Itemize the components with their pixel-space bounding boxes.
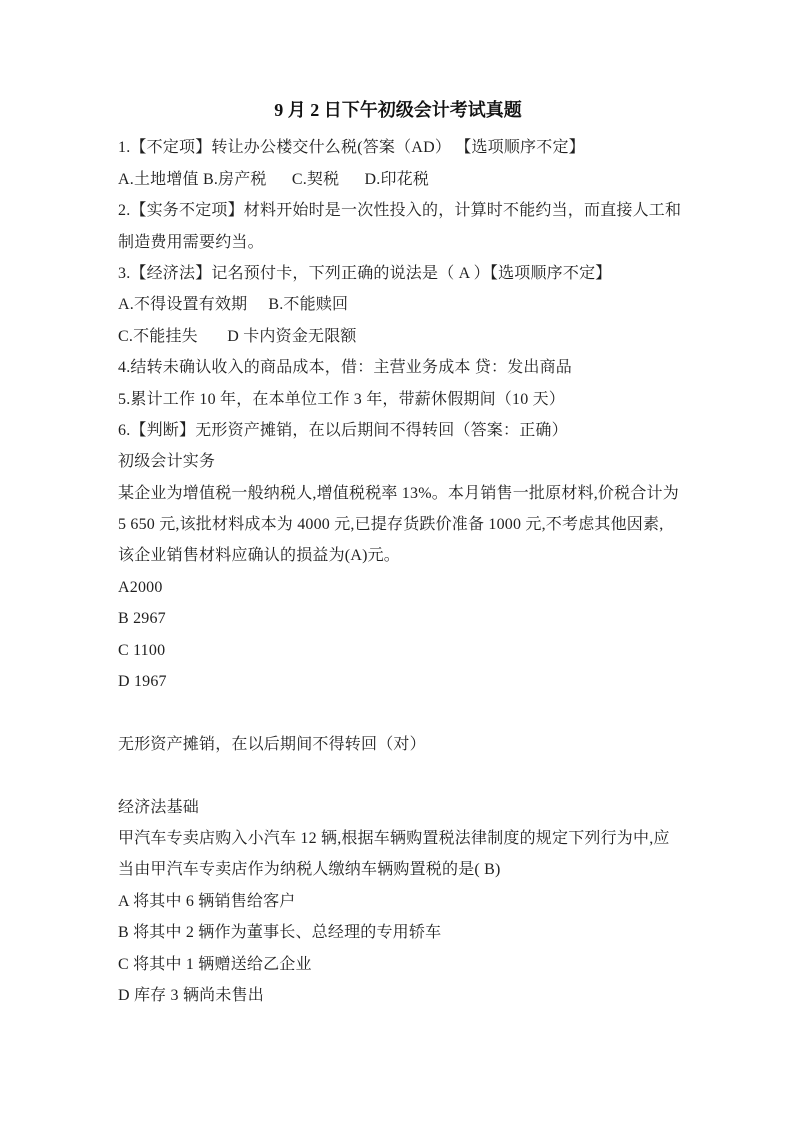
document-page: 9 月 2 日下午初级会计考试真题 1.【不定项】转让办公楼交什么税(答案（AD…	[0, 0, 793, 1122]
page-title: 9 月 2 日下午初级会计考试真题	[118, 95, 678, 126]
question-line: 甲汽车专卖店购入小汽车 12 辆,根据车辆购置税法律制度的规定下列行为中,应	[118, 823, 678, 854]
question-line-continued: 当由甲汽车专卖店作为纳税人缴纳车辆购置税的是( B)	[118, 854, 678, 885]
option-line: B 2967	[118, 603, 678, 634]
option-line: A 将其中 6 辆销售给客户	[118, 886, 678, 917]
question-line-continued: 5 650 元,该批材料成本为 4000 元,已提存货跌价准备 1000 元,不…	[118, 509, 678, 540]
option-line: D 1967	[118, 666, 678, 697]
section-heading: 初级会计实务	[118, 446, 678, 477]
question-line: 3.【经济法】记名预付卡，下列正确的说法是（ A ）【选项顺序不定】	[118, 258, 678, 289]
question-line: 某企业为增值税一般纳税人,增值税税率 13%。本月销售一批原材料,价税合计为	[118, 478, 678, 509]
question-line: 2.【实务不定项】材料开始时是一次性投入的，计算时不能约当，而直接人工和	[118, 195, 678, 226]
question-line: 5.累计工作 10 年，在本单位工作 3 年，带薪休假期间（10 天）	[118, 384, 678, 415]
blank-line	[118, 697, 678, 728]
blank-line	[118, 760, 678, 791]
options-line: C.不能挂失 D 卡内资金无限额	[118, 321, 678, 352]
question-line: 6.【判断】无形资产摊销，在以后期间不得转回（答案：正确）	[118, 415, 678, 446]
question-line-continued: 该企业销售材料应确认的损益为(A)元。	[118, 540, 678, 571]
section-heading: 经济法基础	[118, 792, 678, 823]
question-line-continued: 制造费用需要约当。	[118, 227, 678, 258]
question-line: 4.结转未确认收入的商品成本，借：主营业务成本 贷：发出商品	[118, 352, 678, 383]
option-line: C 将其中 1 辆赠送给乙企业	[118, 949, 678, 980]
option-line: B 将其中 2 辆作为董事长、总经理的专用轿车	[118, 917, 678, 948]
option-line: D 库存 3 辆尚未售出	[118, 980, 678, 1011]
question-line: 1.【不定项】转让办公楼交什么税(答案（AD） 【选项顺序不定】	[118, 132, 678, 163]
option-line: C 1100	[118, 635, 678, 666]
options-line: A.土地增值 B.房产税 C.契税 D.印花税	[118, 164, 678, 195]
options-line: A.不得设置有效期 B.不能赎回	[118, 289, 678, 320]
document-body: 9 月 2 日下午初级会计考试真题 1.【不定项】转让办公楼交什么税(答案（AD…	[118, 95, 678, 1011]
option-line: A2000	[118, 572, 678, 603]
answer-line: 无形资产摊销，在以后期间不得转回（对）	[118, 729, 678, 760]
